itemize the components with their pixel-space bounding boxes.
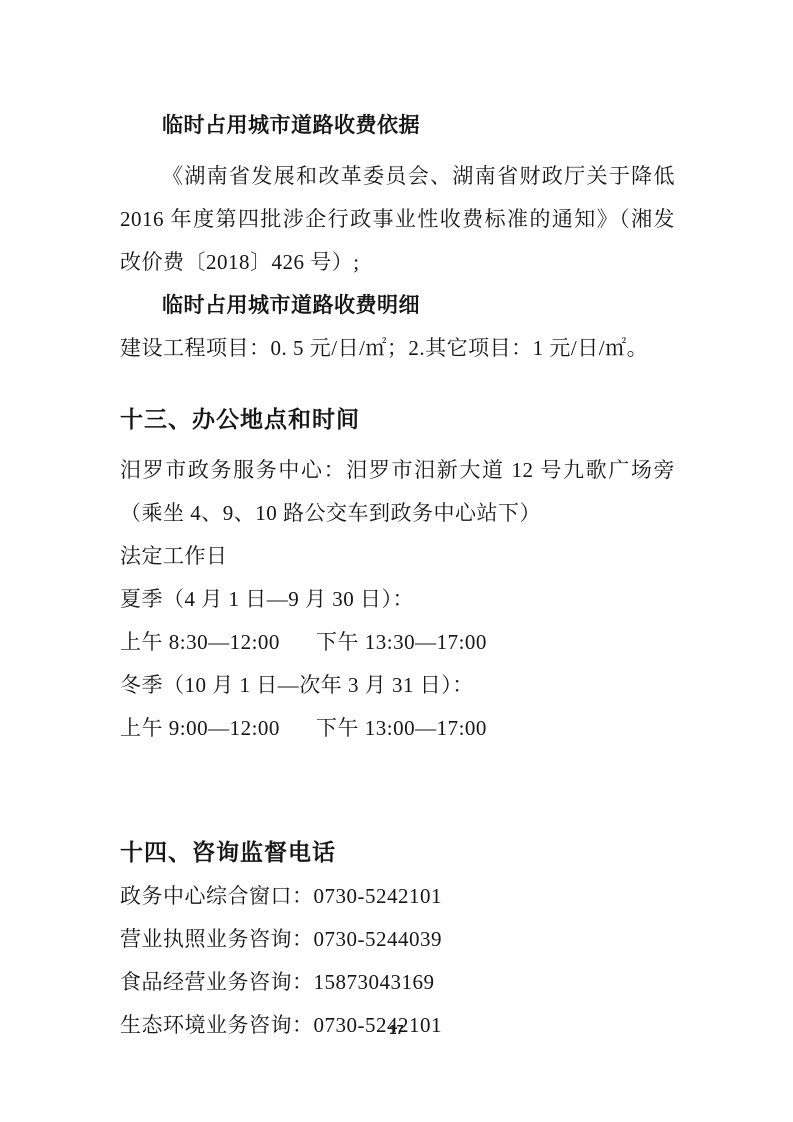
office-location: 汨罗市政务服务中心：汨罗市汨新大道 12 号九歌广场旁（乘坐 4、9、10 路公… xyxy=(120,449,675,535)
summer-hours-row: 上午 8:30—12:00下午 13:30—17:00 xyxy=(120,621,675,664)
fee-detail-paragraph: 建设工程项目：0. 5 元/日/㎡；2.其它项目：1 元/日/㎡。 xyxy=(120,327,675,370)
summer-schedule-label: 夏季（4 月 1 日—9 月 30 日）： xyxy=(120,578,675,621)
section-14-heading: 十四、咨询监督电话 xyxy=(120,829,675,875)
document-page: 临时占用城市道路收费依据 《湖南省发展和改革委员会、湖南省财政厅关于降低 201… xyxy=(0,0,793,1122)
summer-morning-hours: 上午 8:30—12:00 xyxy=(120,621,316,664)
contact-line-food-business: 食品经营业务咨询：15873043169 xyxy=(120,961,675,1004)
page-number: 17 xyxy=(0,1022,793,1037)
winter-afternoon-hours: 下午 13:00—17:00 xyxy=(316,716,487,740)
contact-line-business-license: 营业执照业务咨询：0730-5244039 xyxy=(120,918,675,961)
workdays-label: 法定工作日 xyxy=(120,535,675,578)
fee-basis-heading: 临时占用城市道路收费依据 xyxy=(120,104,675,147)
winter-morning-hours: 上午 9:00—12:00 xyxy=(120,707,316,750)
contact-line-service-center: 政务中心综合窗口：0730-5242101 xyxy=(120,875,675,918)
winter-hours-row: 上午 9:00—12:00下午 13:00—17:00 xyxy=(120,707,675,750)
fee-detail-heading: 临时占用城市道路收费明细 xyxy=(120,284,675,327)
winter-schedule-label: 冬季（10 月 1 日—次年 3 月 31 日）： xyxy=(120,664,675,707)
section-13-heading: 十三、办公地点和时间 xyxy=(120,396,675,442)
summer-afternoon-hours: 下午 13:30—17:00 xyxy=(316,630,487,654)
fee-basis-paragraph: 《湖南省发展和改革委员会、湖南省财政厅关于降低 2016 年度第四批涉企行政事业… xyxy=(120,155,675,284)
